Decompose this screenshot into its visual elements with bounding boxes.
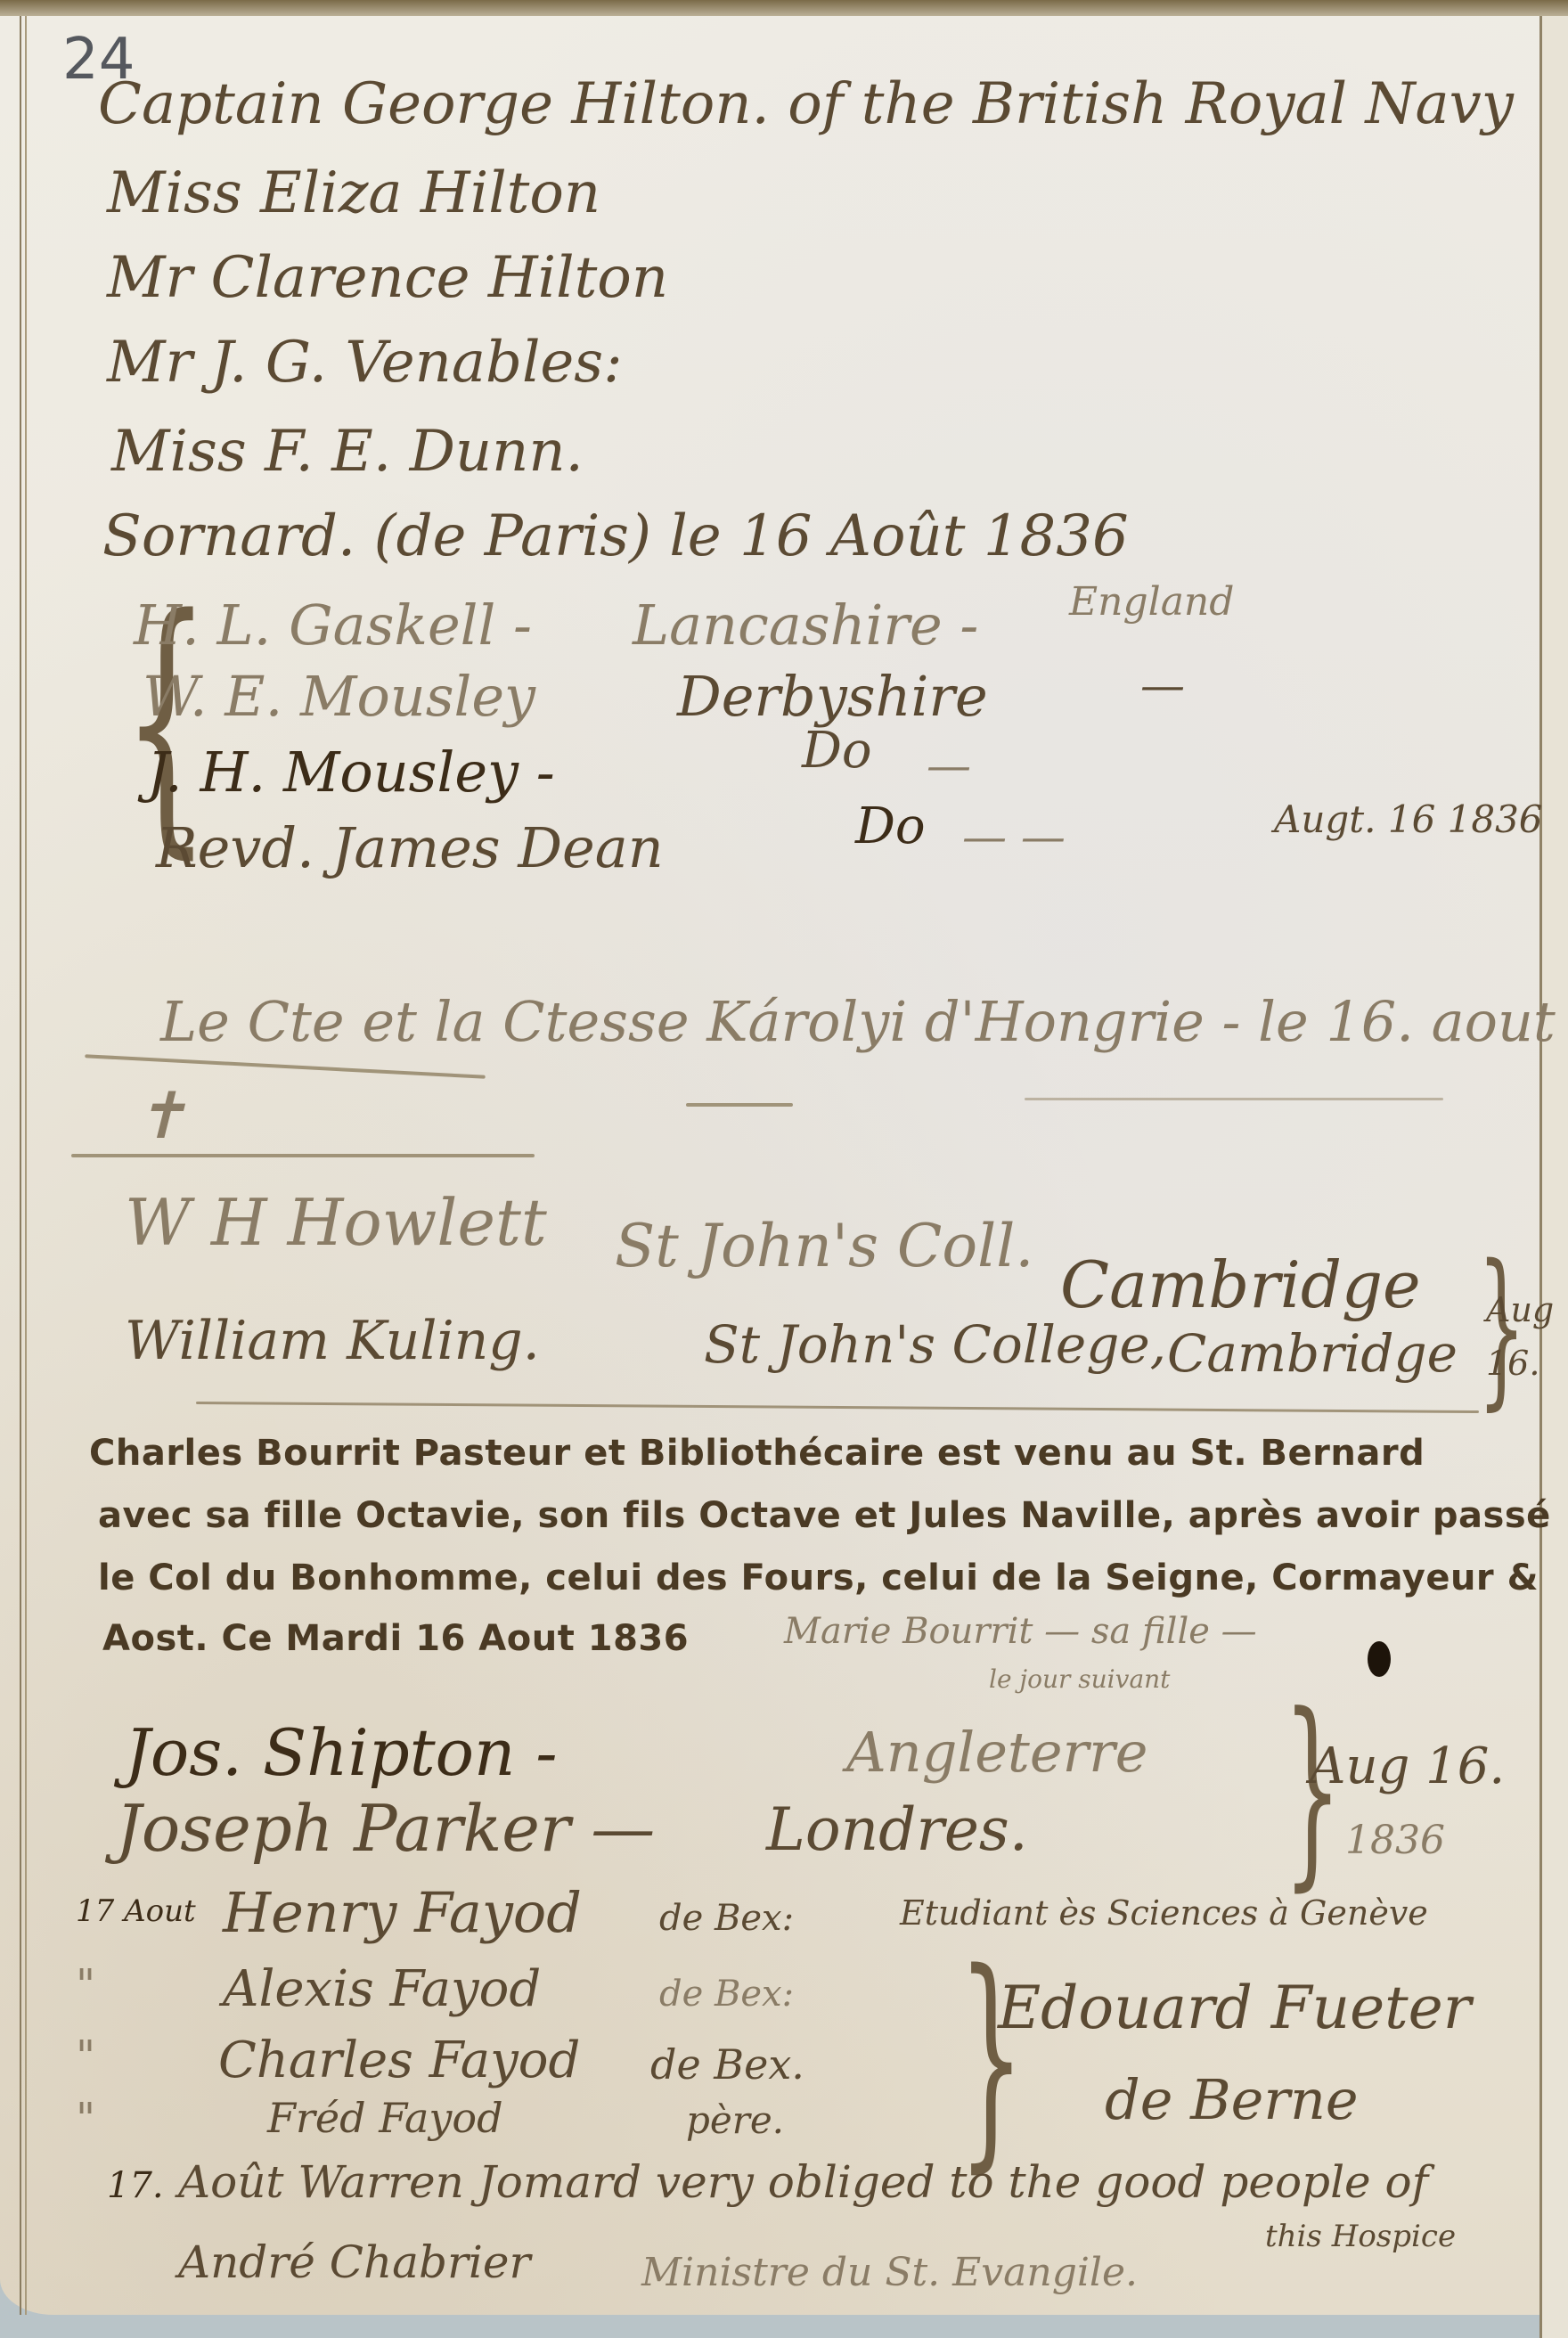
entry-sornard: Sornard. (de Paris) le 16 Août 1836 bbox=[102, 503, 1129, 569]
fayod-henry-origin: de Bex: bbox=[659, 1898, 794, 1939]
mousley-jh-name: J. H. Mousley - bbox=[147, 740, 555, 805]
fayod-alexis-origin: de Bex: bbox=[659, 1974, 794, 2015]
shipton-name: Jos. Shipton - bbox=[125, 1715, 558, 1790]
shipton-parker-date-line2: 1836 bbox=[1345, 1818, 1445, 1863]
entry-hilton-clarence: Mr Clarence Hilton bbox=[107, 245, 668, 311]
bourrit-line-4: Aost. Ce Mardi 16 Aout 1836 bbox=[102, 1611, 689, 1666]
bourrit-line-3: le Col du Bonhomme, celui des Fours, cel… bbox=[98, 1550, 1539, 1606]
parker-name: Joseph Parker — bbox=[116, 1791, 655, 1866]
howlett-kuling-date: Aug 16. bbox=[1486, 1283, 1539, 1390]
gaskell-name: H. L. Gaskell - bbox=[134, 593, 532, 658]
kuling-name: William Kuling. bbox=[125, 1310, 540, 1372]
warren-date: 17. bbox=[107, 2165, 164, 2206]
fayod-charles-name: Charles Fayod bbox=[218, 2031, 580, 2089]
fayod-charles-origin: de Bex. bbox=[650, 2040, 804, 2089]
fayod-pere-mark: " bbox=[76, 2094, 95, 2144]
bourrit-annotation: Marie Bourrit — sa fille — bbox=[784, 1611, 1257, 1652]
fayod-alexis-mark: " bbox=[76, 1960, 95, 2010]
dean-dash: — — bbox=[962, 811, 1066, 862]
dean-date: Augt. 16 1836 bbox=[1274, 797, 1543, 841]
fayod-pere-name: Fréd Fayod bbox=[267, 2094, 503, 2142]
dean-place: Do bbox=[855, 797, 926, 855]
binding-right-edge bbox=[1539, 16, 1568, 2338]
fayod-charles-mark: " bbox=[76, 2031, 95, 2081]
binding-line-left bbox=[20, 16, 27, 2315]
howlett-city: Cambridge bbox=[1060, 1247, 1421, 1322]
entry-hilton-eliza: Miss Eliza Hilton bbox=[107, 160, 600, 226]
mousley-we-dash: — bbox=[1140, 659, 1185, 711]
shipton-place: Angleterre bbox=[846, 1720, 1148, 1785]
mousley-jh-place: Do bbox=[802, 722, 872, 780]
cross-mark: ✝ bbox=[134, 1078, 187, 1153]
gaskell-place: Lancashire - bbox=[633, 593, 978, 658]
bourrit-line-1: Charles Bourrit Pasteur et Bibliothécair… bbox=[89, 1426, 1425, 1481]
ink-blot bbox=[1368, 1641, 1391, 1677]
divider-rule-faint bbox=[1025, 1098, 1443, 1100]
mousley-we-name: W. E. Mousley bbox=[143, 664, 535, 729]
fayod-henry-date: 17 Aout bbox=[76, 1893, 196, 1929]
divider-rule-under-cross bbox=[71, 1154, 535, 1157]
chabrier-name: André Chabrier bbox=[178, 2236, 530, 2288]
kuling-college: St John's College, bbox=[704, 1314, 1166, 1375]
entry-dunn: Miss F. E. Dunn. bbox=[111, 419, 584, 485]
mousley-jh-dash: — bbox=[927, 740, 971, 791]
bourrit-annotation-sub: le jour suivant bbox=[989, 1664, 1170, 1694]
howlett-name: W H Howlett bbox=[125, 1185, 547, 1260]
shipton-parker-date-line1: Aug 16. bbox=[1310, 1737, 1505, 1795]
entry-hilton-captain: Captain George Hilton. of the British Ro… bbox=[98, 71, 1514, 137]
entry-karolyi: Le Cte et la Ctesse Károlyi d'Hongrie - … bbox=[160, 989, 1568, 1054]
fayod-henry-name: Henry Fayod bbox=[223, 1880, 582, 1945]
fueter-line1: Edouard Fueter bbox=[998, 1974, 1471, 2042]
bourrit-line-2: avec sa fille Octavie, son fils Octave e… bbox=[98, 1488, 1551, 1543]
kuling-city: Cambridge bbox=[1167, 1323, 1458, 1384]
dean-name: Revd. James Dean bbox=[156, 815, 664, 880]
warren-entry: Août Warren Jomard very obliged to the g… bbox=[178, 2156, 1428, 2208]
fayod-pere-origin: père. bbox=[686, 2098, 784, 2142]
fueter-line2: de Berne bbox=[1105, 2067, 1359, 2132]
warren-continuation: this Hospice bbox=[1265, 2219, 1456, 2254]
chabrier-title: Ministre du St. Evangile. bbox=[641, 2250, 1138, 2295]
parker-place: Londres. bbox=[766, 1795, 1028, 1864]
gaskell-country: England bbox=[1069, 579, 1234, 625]
divider-rule-short bbox=[686, 1103, 793, 1107]
howlett-college: St John's Coll. bbox=[615, 1212, 1033, 1280]
fayod-alexis-name: Alexis Fayod bbox=[223, 1960, 541, 2018]
entry-venables: Mr J. G. Venables: bbox=[107, 330, 623, 396]
mousley-we-place: Derbyshire bbox=[677, 664, 988, 729]
